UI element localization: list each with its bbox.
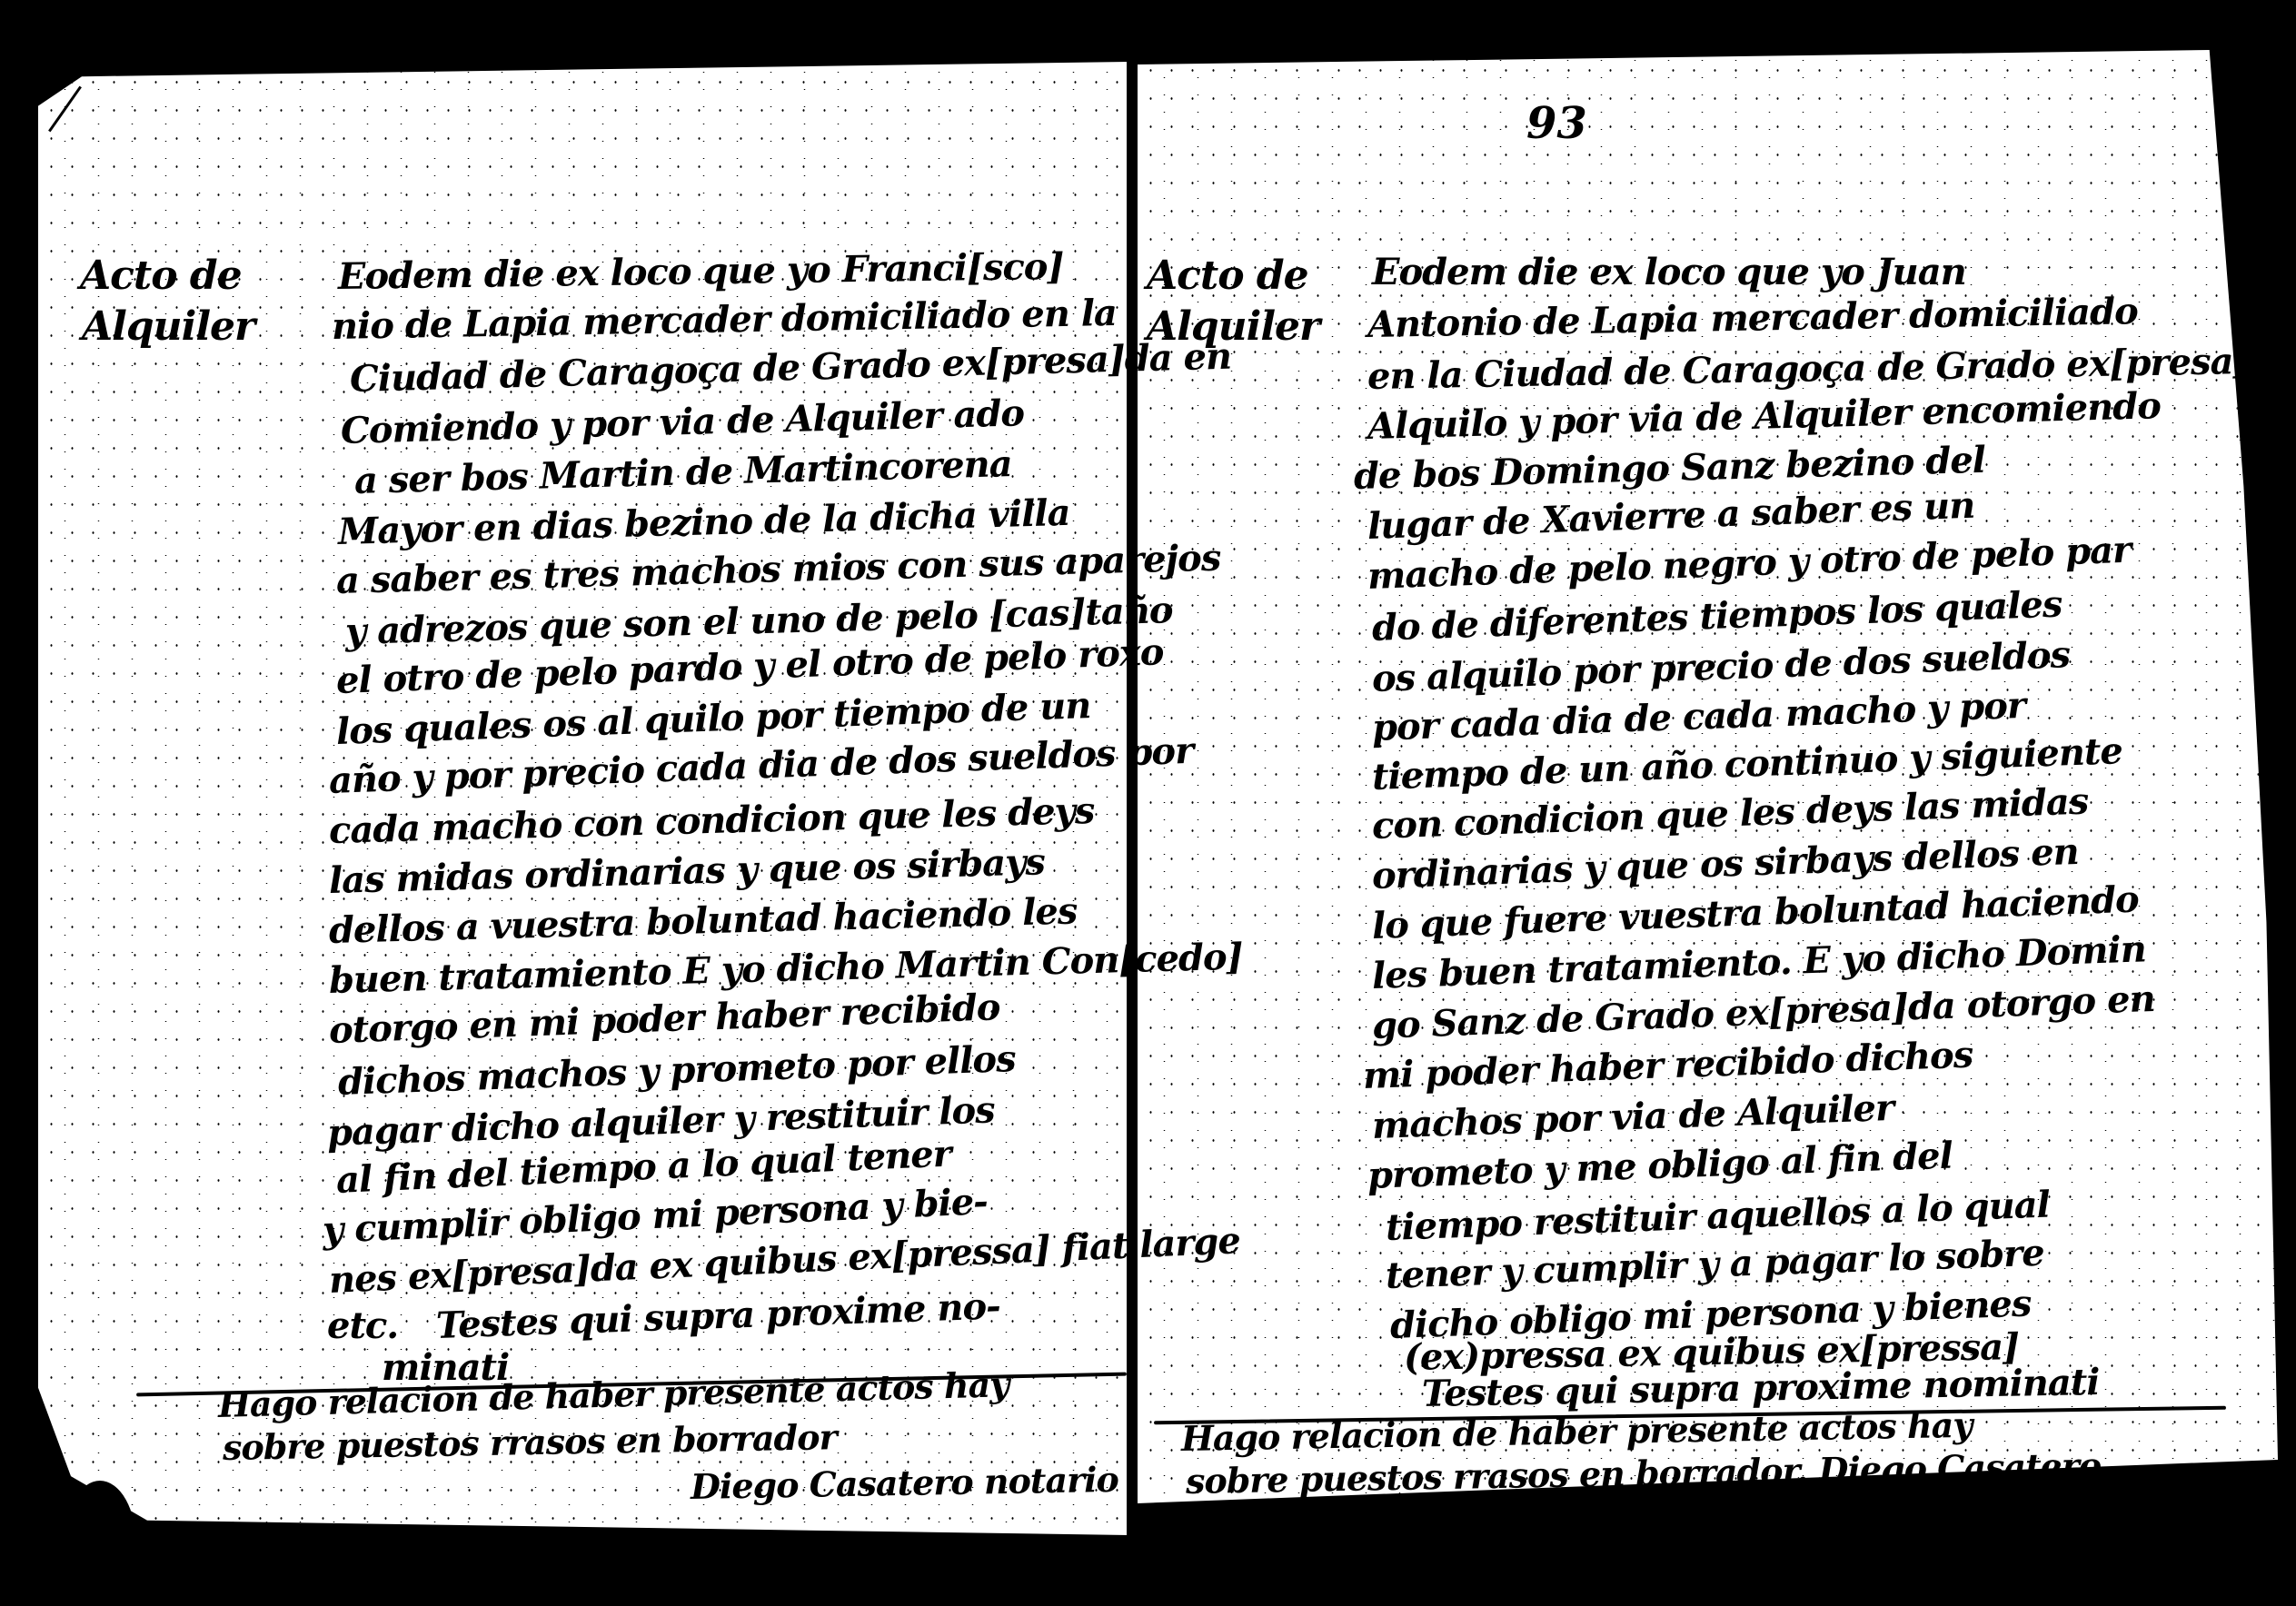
manuscript-spread: 93 Acto de Alquiler Eodem die ex loco qu… [0,0,2296,1606]
right-margin-note-line-1: Acto de [1147,256,1308,296]
right-footer-signature: notario [2099,1494,2233,1529]
book-spine [1127,55,1138,1544]
left-footer-line: sobre puestos rrasos en borrador [223,1420,837,1465]
left-footer-signature: Diego Casatero notario [691,1462,1118,1504]
left-margin-note-line-1: Acto de [80,256,242,296]
left-margin-note-line-2: Alquiler [82,307,254,347]
dark-scan-blot [64,1481,136,1606]
left-text-line: etc. [327,1308,398,1344]
right-text-line: Eodem die ex loco que yo Juan [1372,254,1966,291]
right-margin-note-line-2: Alquiler [1147,307,1319,347]
left-text-line: Eodem die ex loco que yo Franci[sco] [338,249,1064,295]
folio-number: 93 [1526,98,1587,149]
